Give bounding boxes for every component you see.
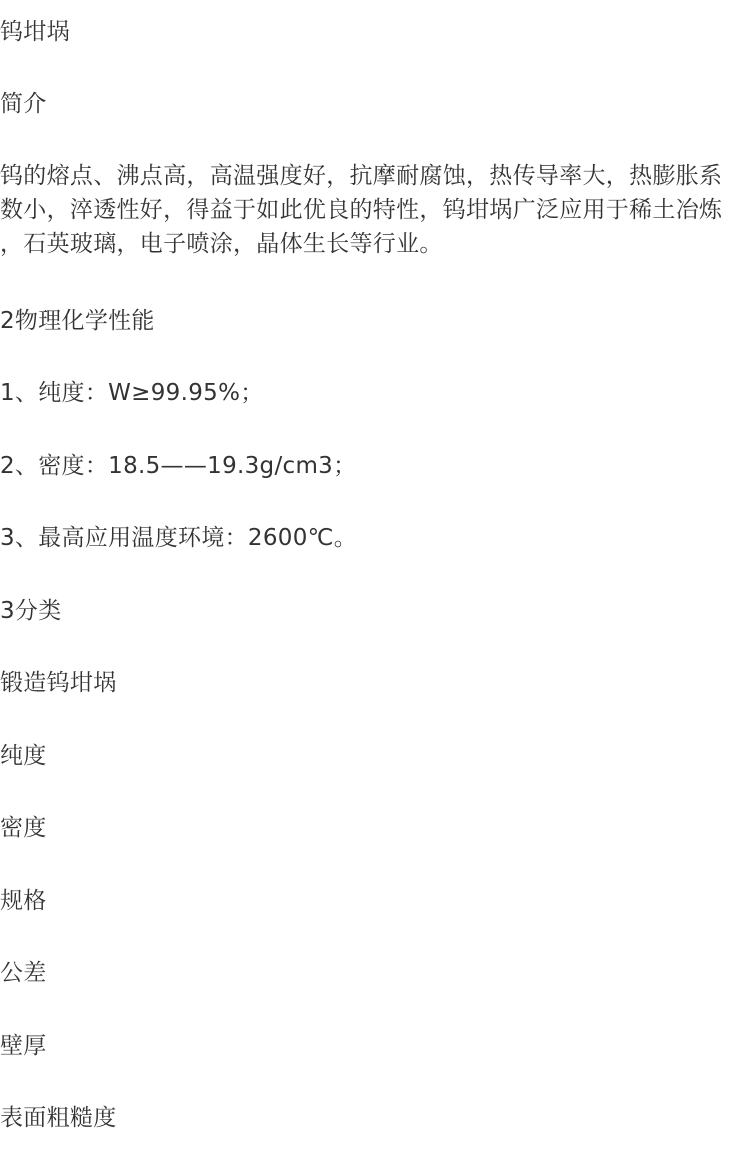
intro-paragraph: 钨的熔点、沸点高，高温强度好，抗摩耐腐蚀，热传导率大，热膨胀系 数小，淬透性好，…: [0, 159, 750, 261]
intro-line: ，石英玻璃，电子喷涂，晶体生长等行业。: [0, 227, 750, 261]
intro-heading: 简介: [0, 87, 47, 121]
property-density: 2、密度：18.5——19.3g/cm3；: [0, 449, 356, 483]
attribute-purity: 纯度: [0, 739, 47, 773]
section-heading-properties: 2物理化学性能: [0, 304, 155, 338]
attribute-density: 密度: [0, 811, 47, 845]
attribute-wall-thickness: 壁厚: [0, 1029, 47, 1063]
attribute-surface-roughness: 表面粗糙度: [0, 1101, 117, 1135]
intro-line: 钨的熔点、沸点高，高温强度好，抗摩耐腐蚀，热传导率大，热膨胀系: [0, 159, 750, 193]
property-max-temperature: 3、最高应用温度环境：2600℃。: [0, 521, 357, 555]
intro-line: 数小，淬透性好，得益于如此优良的特性，钨坩埚广泛应用于稀土冶炼: [0, 193, 750, 227]
attribute-tolerance: 公差: [0, 956, 47, 990]
document-title: 钨坩埚: [0, 15, 70, 49]
attribute-specification: 规格: [0, 884, 47, 918]
category-name: 锻造钨坩埚: [0, 666, 117, 700]
property-purity: 1、纯度：W≥99.95%；: [0, 376, 264, 410]
section-heading-classification: 3分类: [0, 594, 62, 628]
